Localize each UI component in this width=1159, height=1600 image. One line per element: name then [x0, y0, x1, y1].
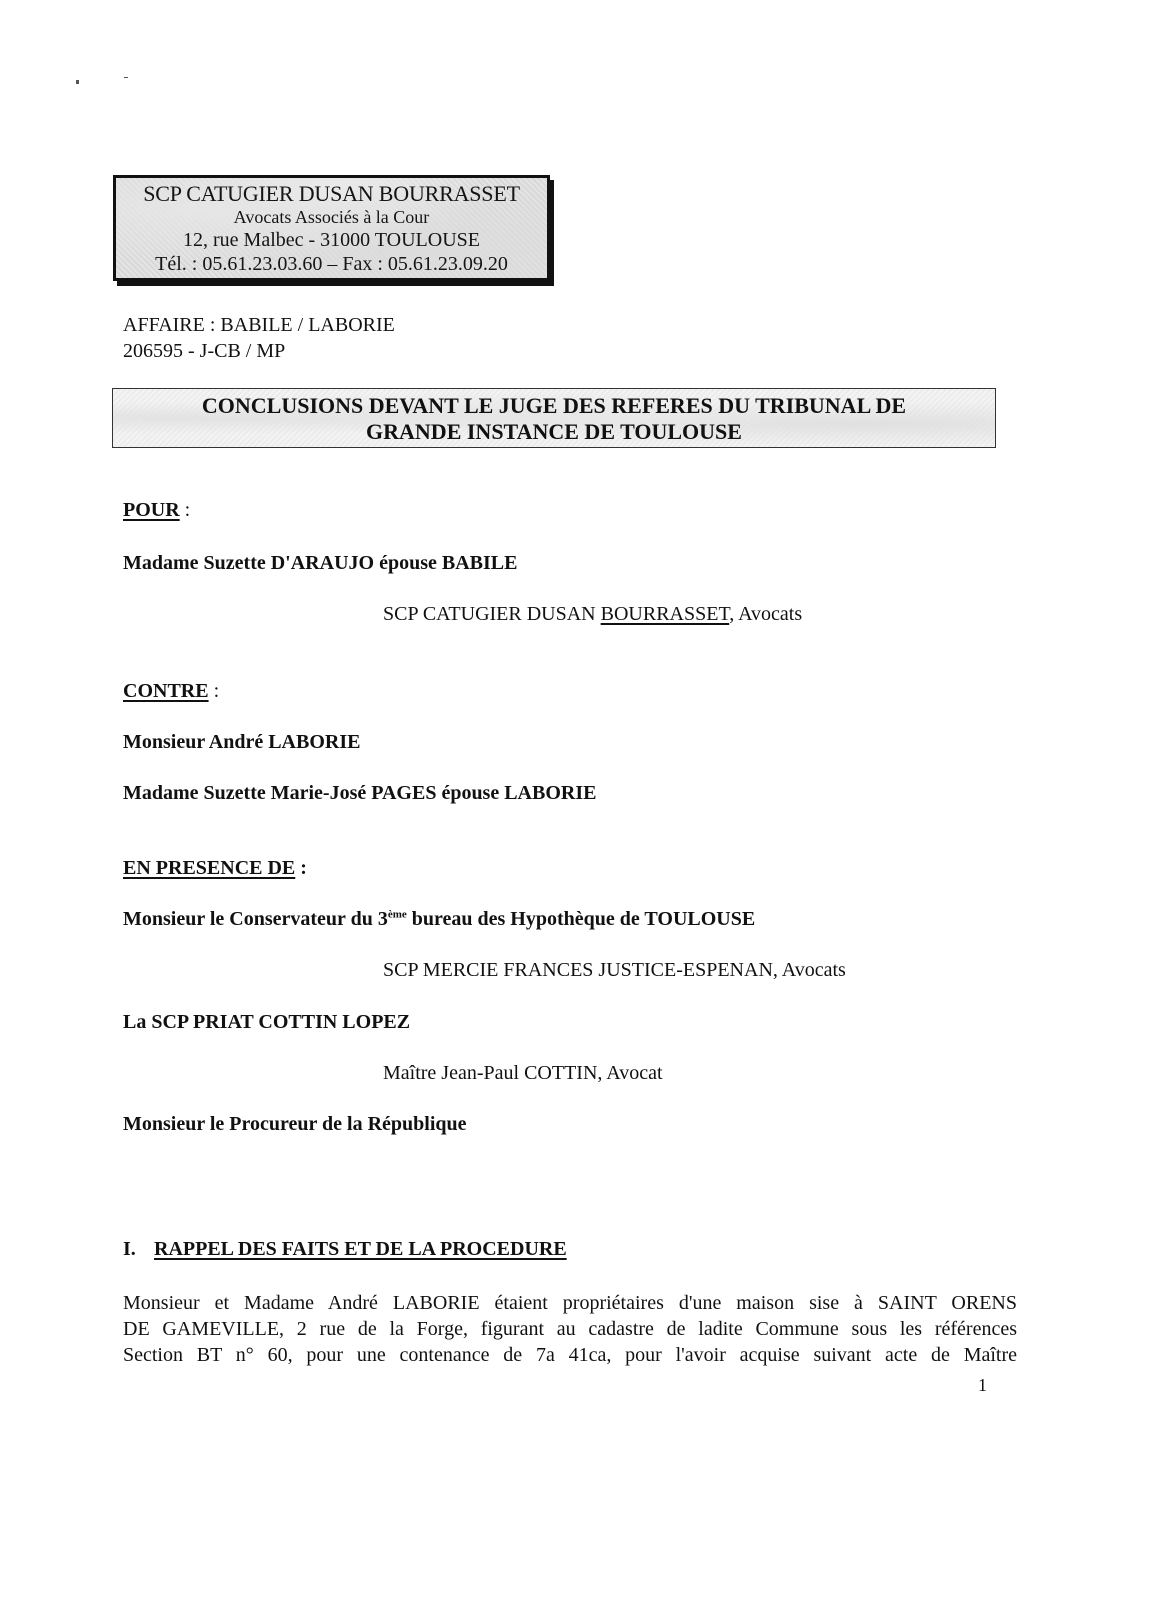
letterhead-contact: Tél. : 05.61.23.03.60 – Fax : 05.61.23.0…	[116, 252, 547, 276]
letterhead-address: 12, rue Malbec - 31000 TOULOUSE	[116, 228, 547, 252]
party-scp-priat: La SCP PRIAT COTTIN LOPEZ	[123, 1011, 410, 1034]
counsel-pour: SCP CATUGIER DUSAN BOURRASSET, Avocats	[383, 603, 802, 626]
counsel-scp-priat: Maître Jean-Paul COTTIN, Avocat	[383, 1062, 663, 1085]
party-procureur: Monsieur le Procureur de la République	[123, 1113, 467, 1136]
page-number: 1	[978, 1375, 987, 1396]
heading-pour: POUR :	[123, 499, 190, 522]
section-1-paragraph: Monsieur et Madame André LABORIE étaient…	[123, 1290, 1017, 1368]
paragraph-line: Monsieur et Madame André LABORIE étaient…	[123, 1290, 1017, 1316]
letterhead-firm: SCP CATUGIER DUSAN BOURRASSET	[116, 182, 547, 206]
letterhead-box: SCP CATUGIER DUSAN BOURRASSET Avocats As…	[113, 175, 550, 281]
paragraph-line: Section BT n° 60, pour une contenance de…	[123, 1342, 1017, 1368]
counsel-conservateur: SCP MERCIE FRANCES JUSTICE-ESPENAN, Avoc…	[383, 959, 846, 982]
paragraph-line: DE GAMEVILLE, 2 rue de la Forge, figuran…	[123, 1316, 1017, 1342]
heading-en-presence: EN PRESENCE DE :	[123, 857, 307, 880]
party-conservateur: Monsieur le Conservateur du 3ème bureau …	[123, 908, 755, 931]
section-1-title: I.RAPPEL DES FAITS ET DE LA PROCEDURE	[123, 1238, 567, 1261]
case-number: 206595 - J-CB / MP	[123, 338, 395, 364]
case-reference: AFFAIRE : BABILE / LABORIE 206595 - J-CB…	[123, 312, 395, 364]
case-affaire: AFFAIRE : BABILE / LABORIE	[123, 312, 395, 338]
title-line-1: CONCLUSIONS DEVANT LE JUGE DES REFERES D…	[113, 393, 995, 419]
document-title: CONCLUSIONS DEVANT LE JUGE DES REFERES D…	[112, 388, 996, 448]
heading-contre: CONTRE :	[123, 680, 219, 703]
party-contre-1: Monsieur André LABORIE	[123, 731, 360, 754]
party-contre-2: Madame Suzette Marie-José PAGES épouse L…	[123, 782, 596, 805]
party-pour: Madame Suzette D'ARAUJO épouse BABILE	[123, 552, 517, 575]
title-line-2: GRANDE INSTANCE DE TOULOUSE	[113, 419, 995, 445]
letterhead-subtitle: Avocats Associés à la Cour	[116, 206, 547, 228]
